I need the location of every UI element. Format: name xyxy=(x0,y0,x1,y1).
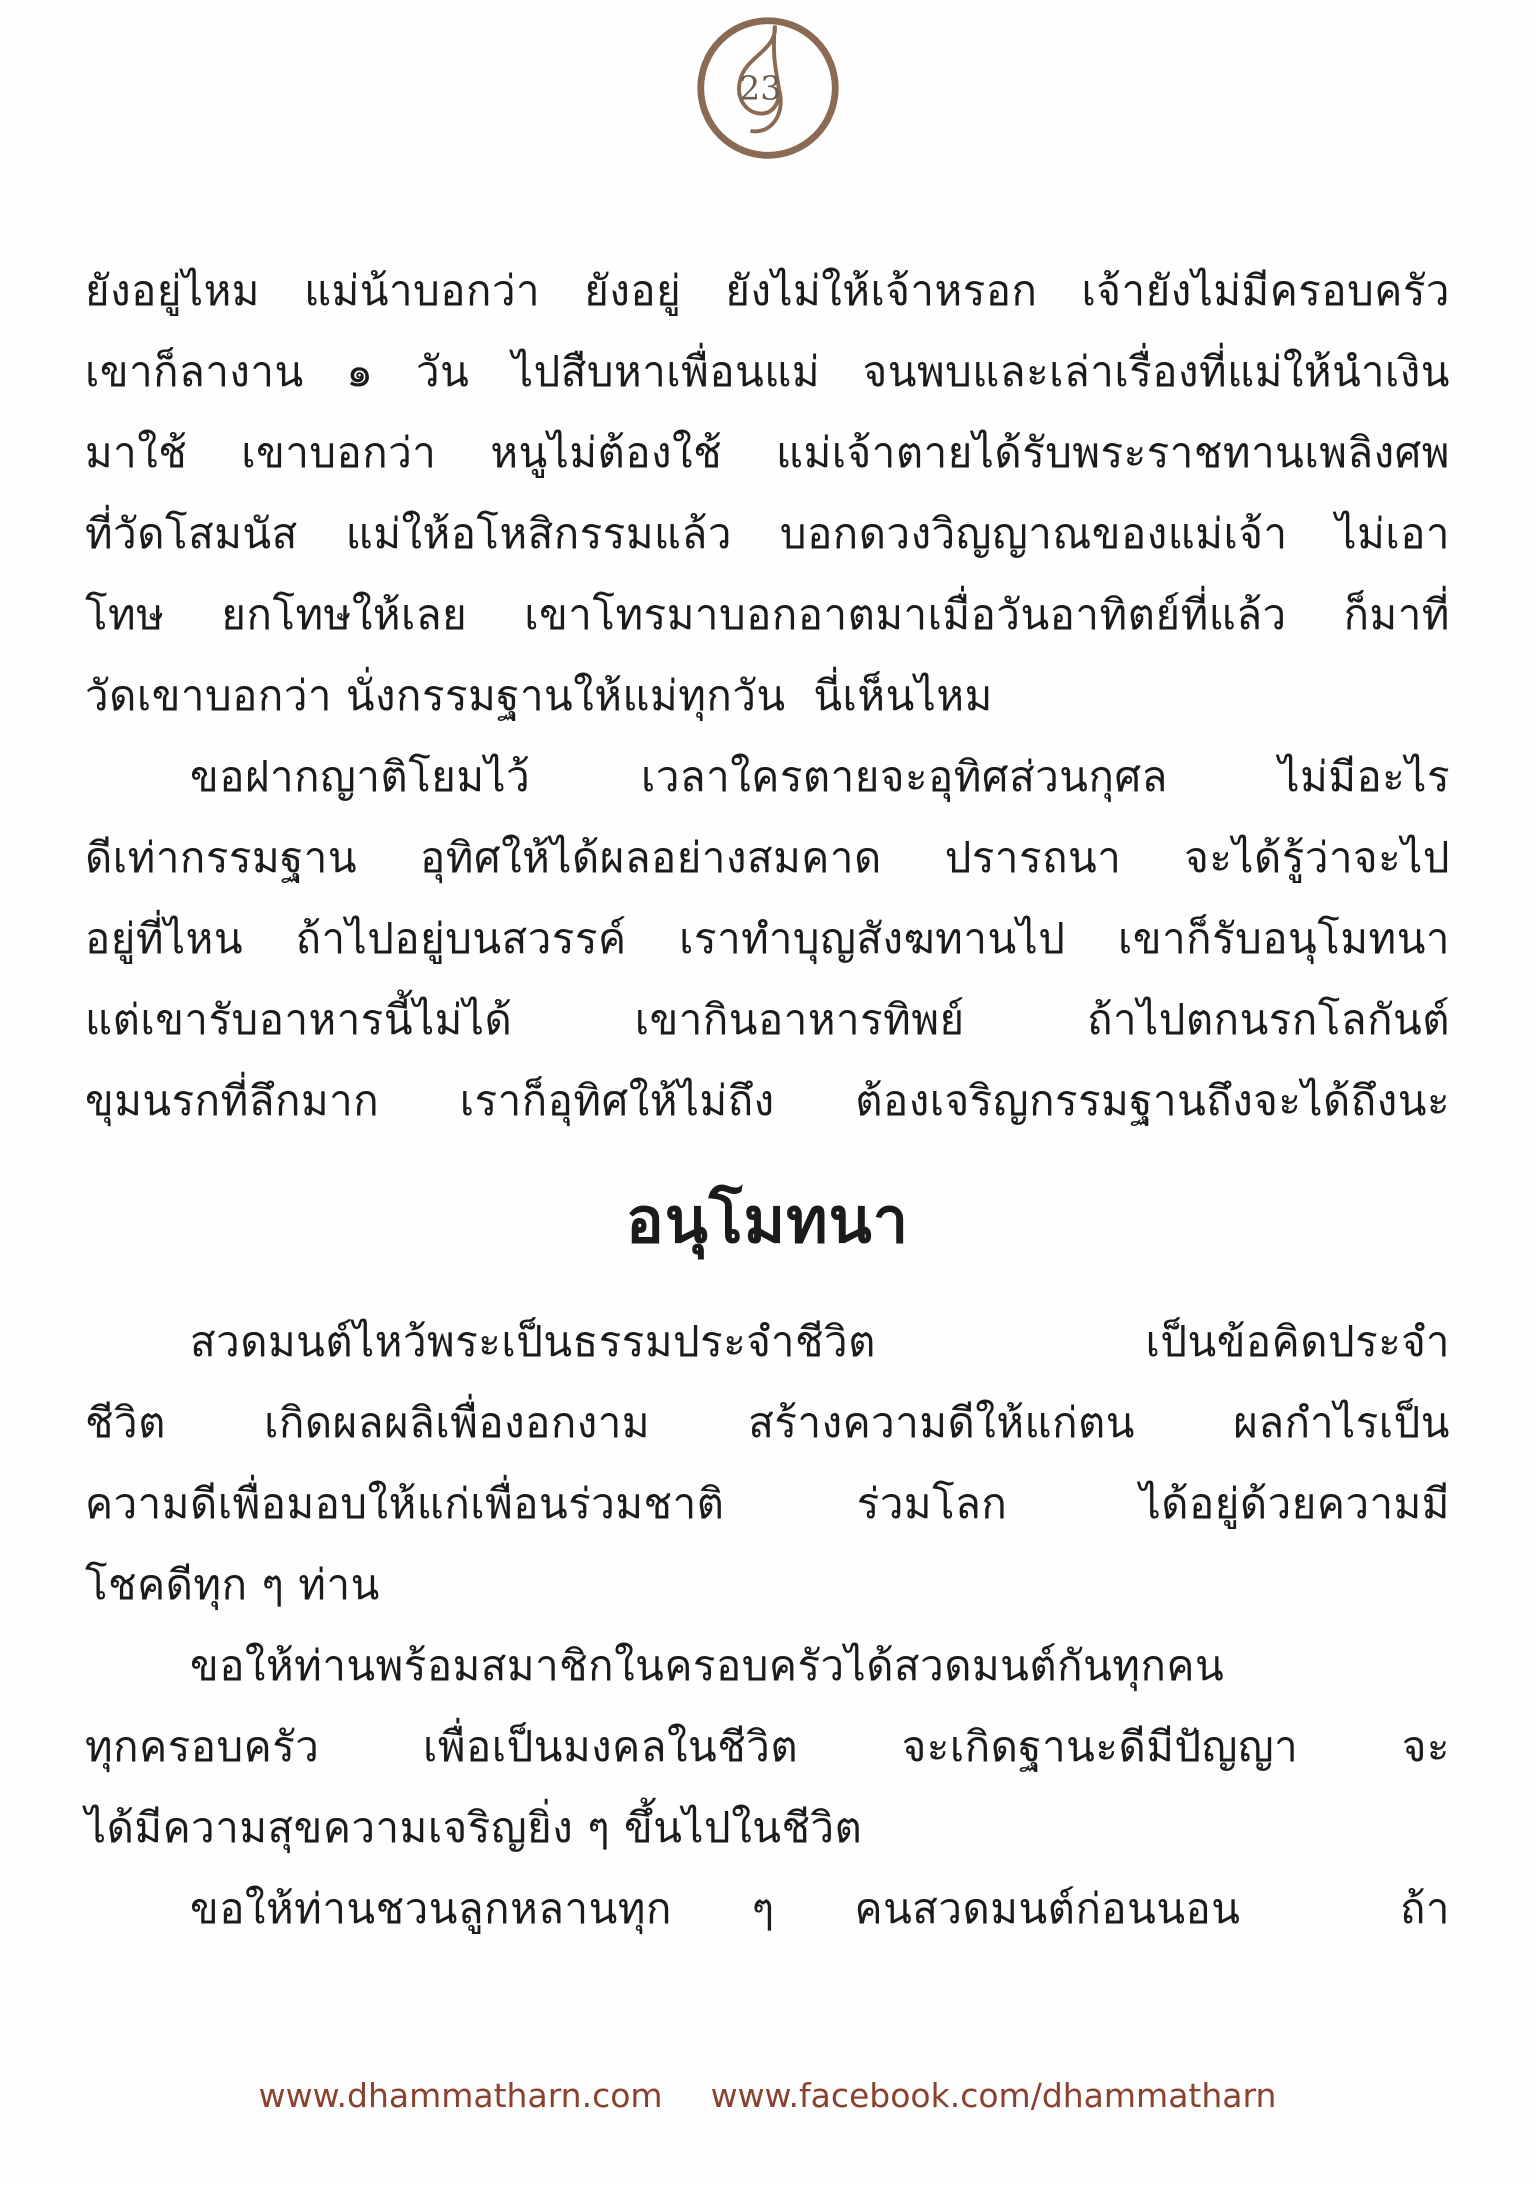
body-line: อยู่ที่ไหน ถ้าไปอยู่บนสวรรค์ เราทำบุญสัง… xyxy=(85,898,1450,979)
body-line: ดีเท่ากรรมฐาน อุทิศให้ได้ผลอย่างสมคาด ปร… xyxy=(85,817,1450,898)
page-emblem: 23 xyxy=(0,10,1535,166)
body-line: มาใช้ เขาบอกว่า หนูไม่ต้องใช้ แม่เจ้าตาย… xyxy=(85,412,1450,493)
book-page: 23 ยังอยู่ไหม แม่น้าบอกว่า ยังอยู่ ยังไม… xyxy=(0,0,1535,2185)
body-line: ชีวิต เกิดผลผลิเพื่องอกงาม สร้างความดีให… xyxy=(85,1382,1450,1463)
body-line: แต่เขารับอาหารนี้ไม่ได้ เขากินอาหารทิพย์… xyxy=(85,979,1450,1060)
body-line: ขุมนรกที่ลึกมาก เราก็อุทิศให้ไม่ถึง ต้อง… xyxy=(85,1060,1450,1141)
page-body: ยังอยู่ไหม แม่น้าบอกว่า ยังอยู่ ยังไม่ให… xyxy=(85,250,1450,1949)
page-number: 23 xyxy=(739,69,781,108)
facebook-link[interactable]: www.facebook.com/dhammatharn xyxy=(711,2076,1277,2115)
body-line: ขอให้ท่านชวนลูกหลานทุก ๆ คนสวดมนต์ก่อนนอ… xyxy=(85,1868,1450,1949)
body-line: ทุกครอบครัว เพื่อเป็นมงคลในชีวิต จะเกิดฐ… xyxy=(85,1706,1450,1787)
website-link[interactable]: www.dhammatharn.com xyxy=(259,2076,663,2115)
page-footer: www.dhammatharn.com www.facebook.com/dha… xyxy=(0,2076,1535,2115)
body-line: ได้มีความสุขความเจริญยิ่ง ๆ ขึ้นไปในชีวิ… xyxy=(85,1787,1450,1868)
body-line: สวดมนต์ไหว้พระเป็นธรรมประจำชีวิต เป็นข้อ… xyxy=(85,1301,1450,1382)
body-line: ยังอยู่ไหม แม่น้าบอกว่า ยังอยู่ ยังไม่ให… xyxy=(85,250,1450,331)
body-line: ขอฝากญาติโยมไว้ เวลาใครตายจะอุทิศส่วนกุศ… xyxy=(85,736,1450,817)
section-heading: อนุโมทนา xyxy=(85,1169,1450,1273)
body-line: ขอให้ท่านพร้อมสมาชิกในครอบครัวได้สวดมนต์… xyxy=(85,1625,1450,1706)
body-line: โทษ ยกโทษให้เลย เขาโทรมาบอกอาตมาเมื่อวัน… xyxy=(85,574,1450,655)
body-line: ความดีเพื่อมอบให้แก่เพื่อนร่วมชาติ ร่วมโ… xyxy=(85,1463,1450,1544)
body-line: ที่วัดโสมนัส แม่ให้อโหสิกรรมแล้ว บอกดวงว… xyxy=(85,493,1450,574)
body-line: เขาก็ลางาน ๑ วัน ไปสืบหาเพื่อนแม่ จนพบแล… xyxy=(85,331,1450,412)
lotus-flame-icon: 23 xyxy=(690,10,846,166)
body-line: โชคดีทุก ๆ ท่าน xyxy=(85,1544,1450,1625)
body-line: วัดเขาบอกว่า นั่งกรรมฐานให้แม่ทุกวัน นี่… xyxy=(85,655,1450,736)
